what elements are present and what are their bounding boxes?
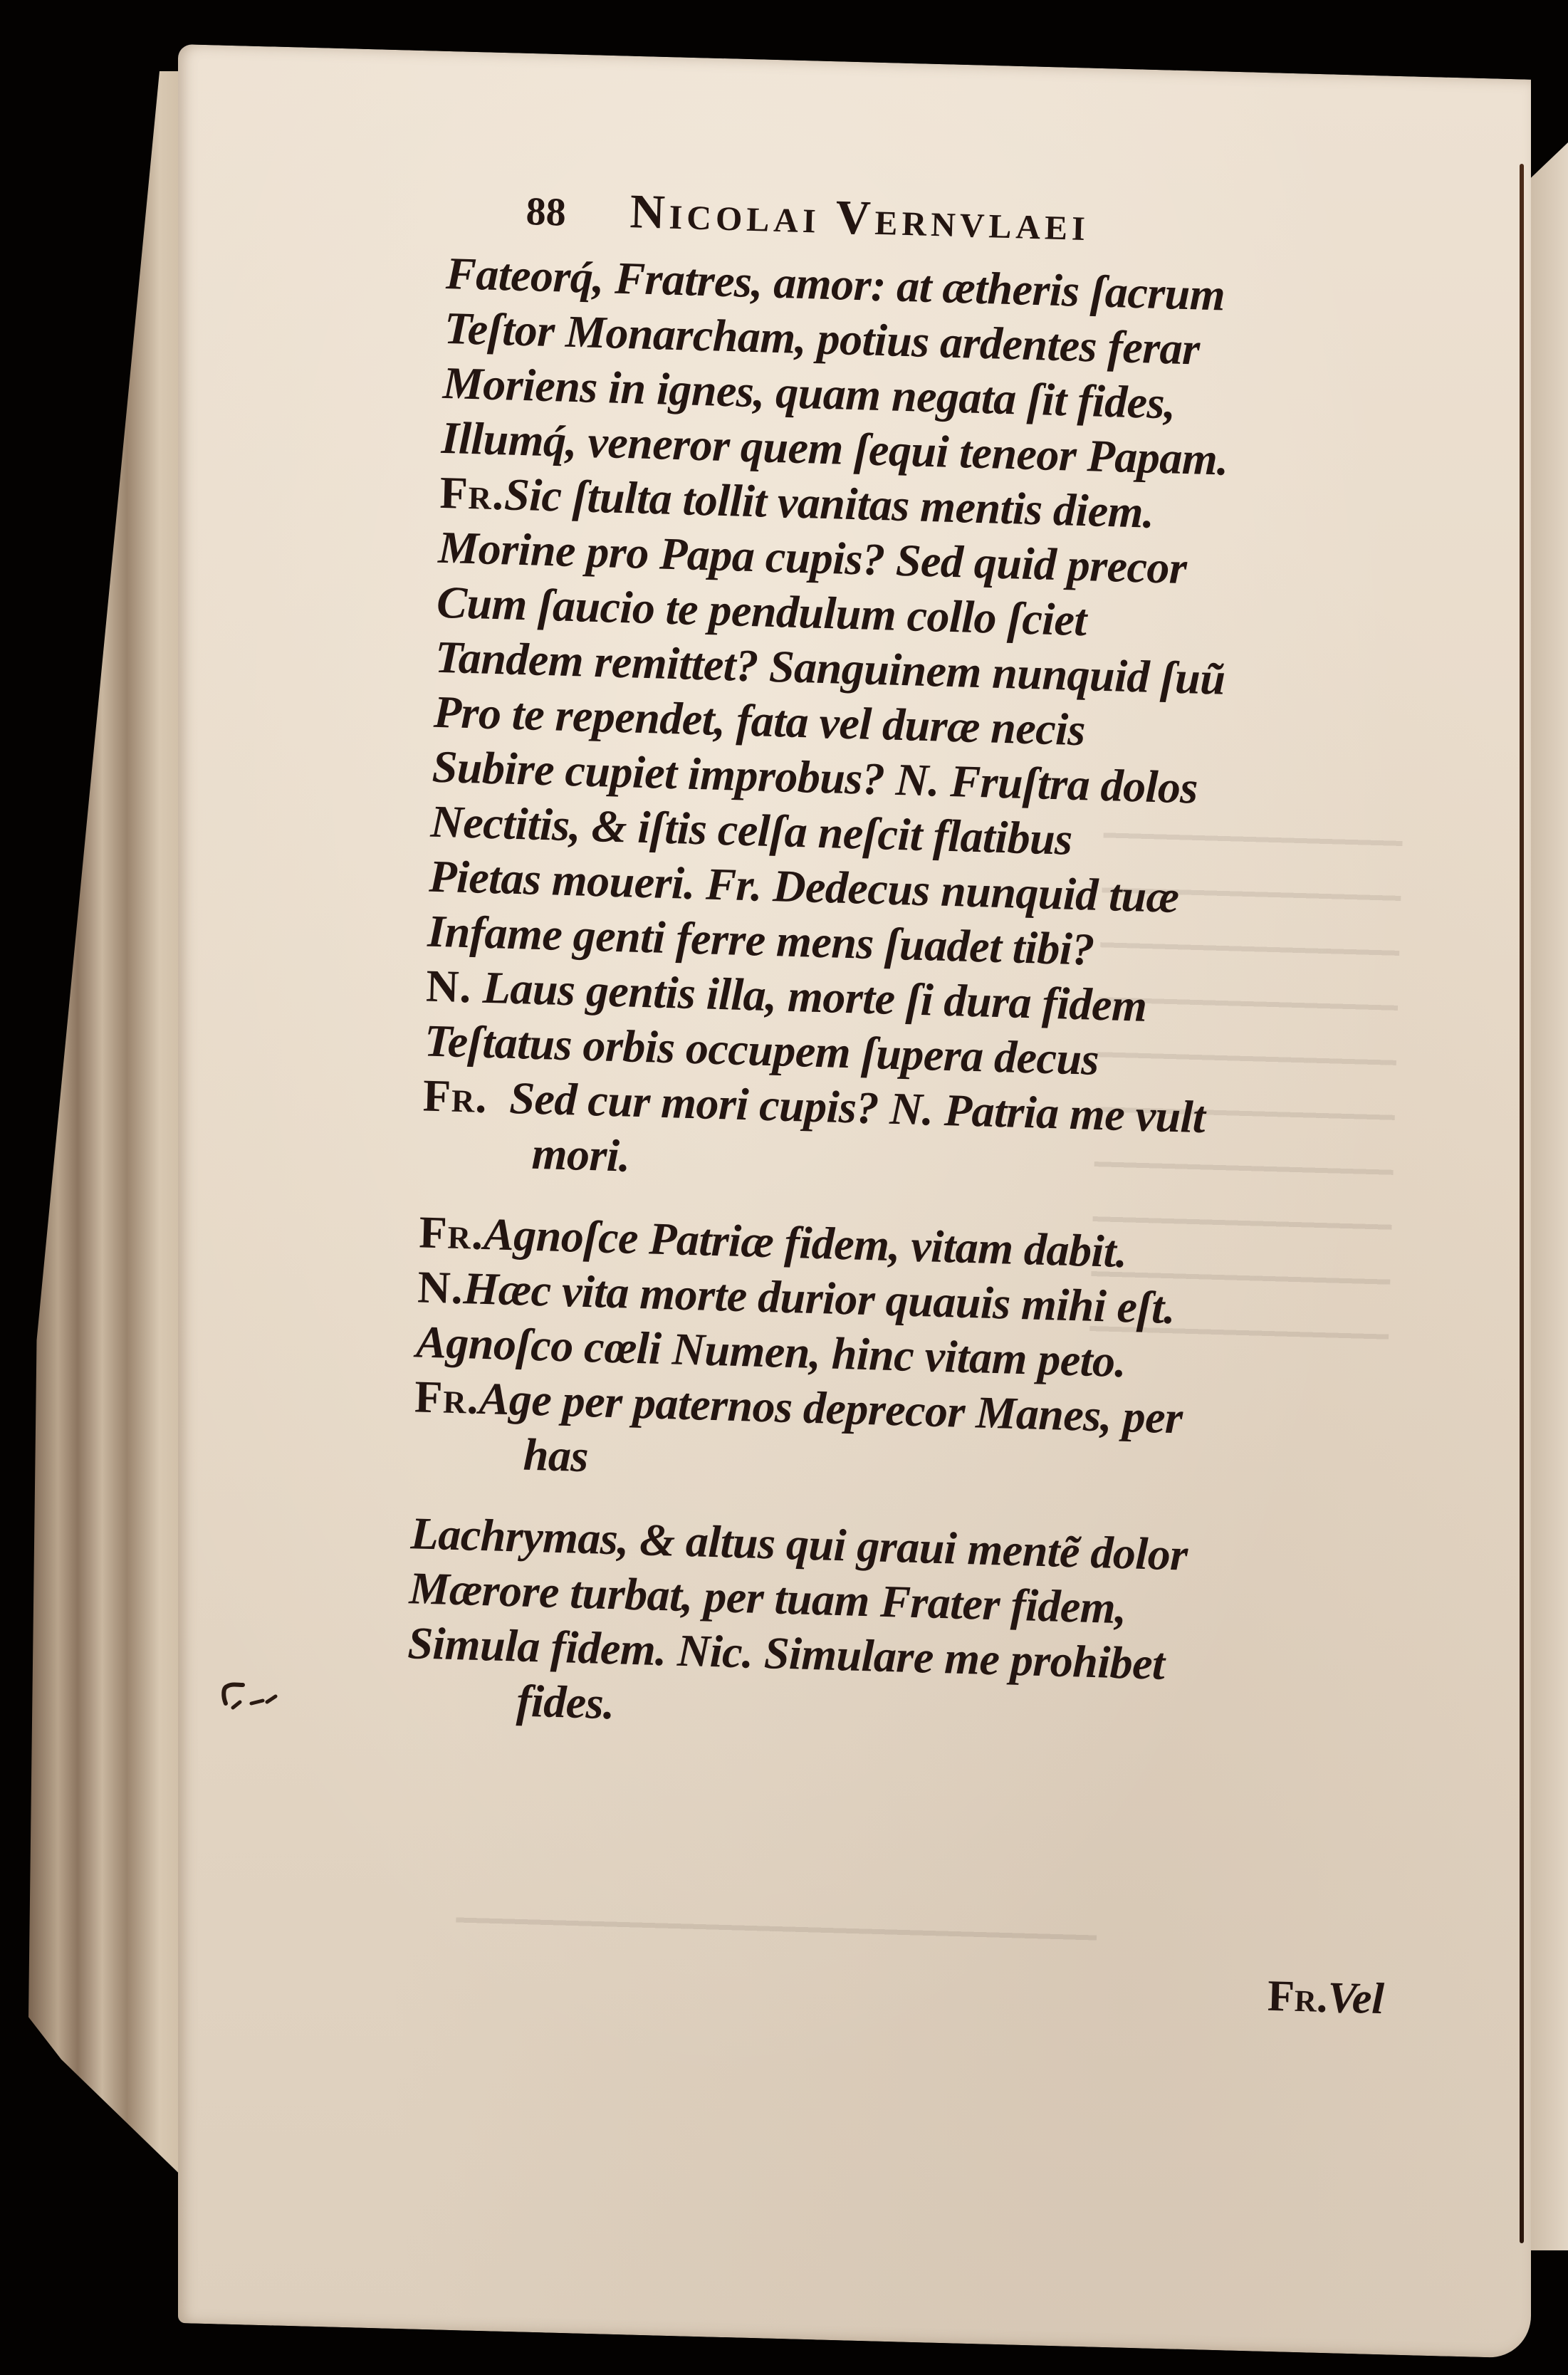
catchword-speaker: Fr.	[1267, 1972, 1328, 2022]
verse-lines: Fateorq́, Fratres, amor: at ætheris ſacr…	[405, 246, 1457, 1753]
running-head-title: Nicolai Vernvlaei	[629, 183, 1090, 252]
line-text: has	[523, 1429, 589, 1482]
speaker-label: Fr.	[419, 1206, 485, 1259]
speaker-label: N.	[425, 961, 472, 1013]
catchword: Fr.Vel	[1267, 1971, 1385, 2025]
ink-show-through-bottom	[454, 1878, 1097, 1988]
page-number: 88	[526, 189, 567, 236]
speaker-label: Fr.	[422, 1070, 488, 1123]
catchword-word: Vel	[1327, 1973, 1385, 2023]
book-gutter	[1520, 164, 1524, 2243]
text-block: 88 Nicolai Vernvlaei Fateorq́, Fratres, …	[405, 178, 1459, 1753]
speaker-label: Fr.	[414, 1371, 480, 1424]
speaker-label: Fr.	[439, 467, 506, 520]
line-text: mori.	[531, 1128, 631, 1181]
speaker-label: N.	[417, 1261, 464, 1313]
line-text: fides.	[516, 1676, 615, 1729]
manuscript-mark-icon	[217, 1681, 281, 1713]
